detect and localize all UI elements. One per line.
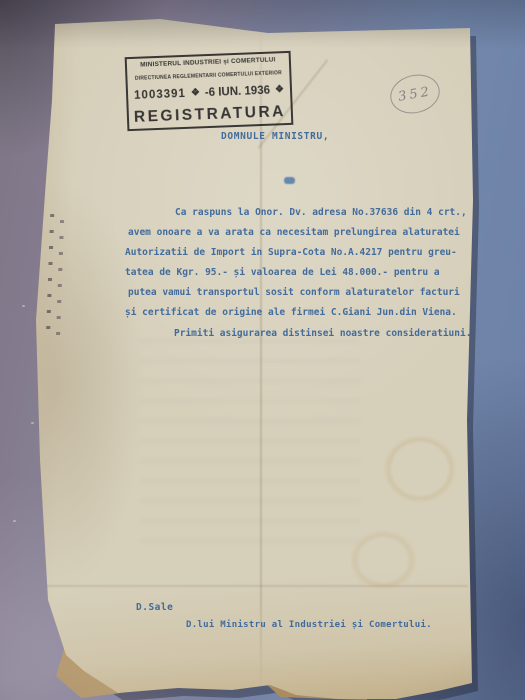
photo-background: MINISTERUL INDUSTRIEI și COMERTULUI DIRE… xyxy=(0,0,525,700)
circled-number-value: 352 xyxy=(397,84,433,105)
stamp-ministry-line: MINISTERUL INDUSTRIEI și COMERTULUI xyxy=(129,56,287,69)
stamp-date: -6 IUN. 1936 xyxy=(205,84,271,98)
signature-initials: D.Sale xyxy=(136,602,173,613)
stamp-registry-number: 1003391 xyxy=(134,88,186,102)
letter-body: Ca raspuns la Onor. Dv. adresa No.37636 … xyxy=(0,203,525,344)
body-line: putea vamui transportul sosit conform al… xyxy=(128,283,525,303)
addressee-line: D.lui Ministru al Industriei și Comertul… xyxy=(186,620,432,630)
horizontal-crease xyxy=(46,585,468,587)
registratura-stamp: MINISTERUL INDUSTRIEI și COMERTULUI DIRE… xyxy=(125,51,294,131)
salutation: DOMNULE MINISTRU, xyxy=(221,131,329,142)
ink-bleedthrough xyxy=(140,340,360,560)
body-line: avem onoare a va arata ca necesitam prel… xyxy=(128,223,525,243)
dust-speck xyxy=(31,422,34,424)
ink-mark xyxy=(284,177,295,184)
stamp-direction-line: DIRECTIUNEA REGLEMENTARII COMERTULUI EXT… xyxy=(129,70,287,82)
body-line: și certificat de origine ale firmei C.Gi… xyxy=(125,303,525,323)
dust-speck xyxy=(22,305,25,307)
stamp-registratura-label: REGISTRATURA xyxy=(131,103,290,127)
body-line: Autorizatii de Import in Supra-Cota No.A… xyxy=(125,243,525,263)
document-paper: MINISTERUL INDUSTRIEI și COMERTULUI DIRE… xyxy=(0,0,525,700)
stamp-number-date-row: 1003391 ❖ -6 IUN. 1936 ❖ xyxy=(130,84,288,102)
ornament-diamond-icon: ❖ xyxy=(191,88,200,99)
dust-speck xyxy=(13,520,16,522)
body-line: tatea de Kgr. 95.- și valoarea de Lei 48… xyxy=(125,263,525,283)
ornament-diamond-icon: ❖ xyxy=(275,84,284,95)
handwritten-circled-number: 352 xyxy=(386,70,444,119)
